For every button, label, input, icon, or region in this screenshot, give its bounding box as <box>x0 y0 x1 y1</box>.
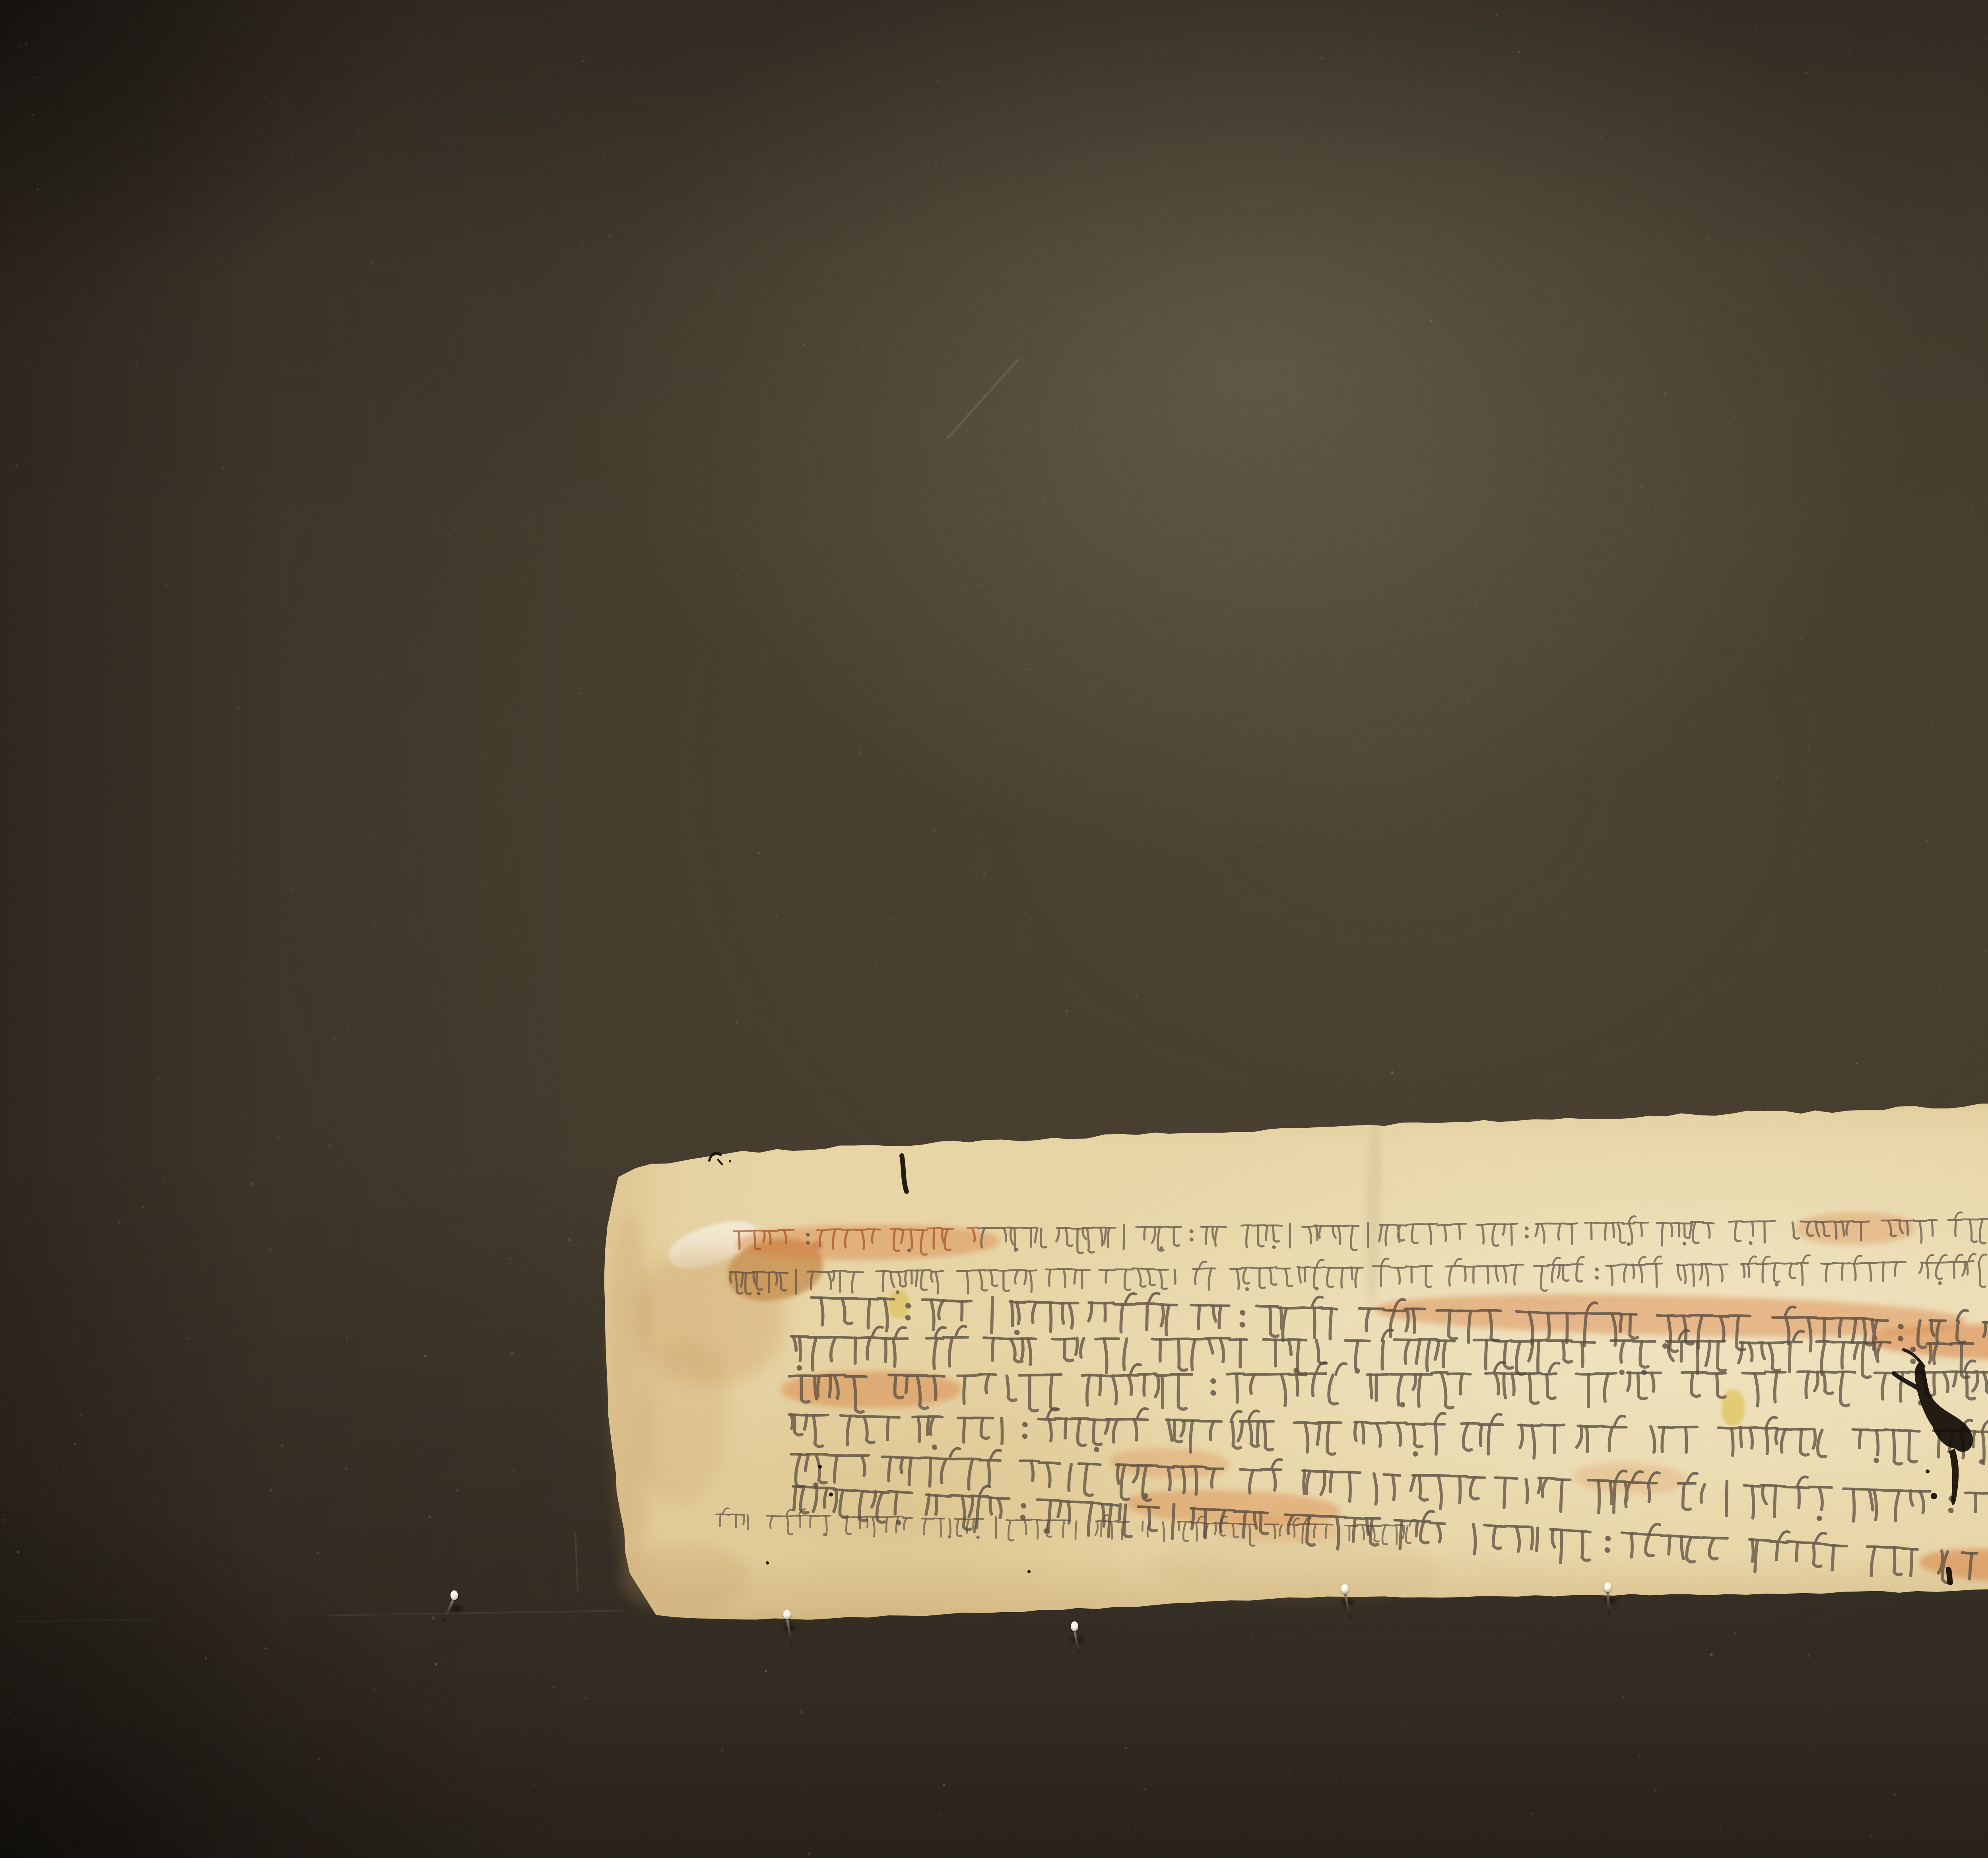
pin-head <box>1604 1582 1611 1592</box>
pin-shadow <box>1604 1598 1616 1603</box>
manuscript-footer-line <box>715 1507 1416 1549</box>
manuscript-body-line-4 <box>789 1403 1988 1471</box>
manuscript-body-line-1 <box>810 1286 1988 1367</box>
pin-head <box>1341 1584 1349 1594</box>
handwritten-script-layer <box>0 0 1988 1858</box>
manuscript-body-line-6 <box>791 1475 1988 1589</box>
photograph-scene: ওঁ ইহগাবইভাজি ॥৹॥ অনুষ্ঠ বিষয়গৃহ প্রবেশ… <box>0 0 1988 1858</box>
manuscript-body-line-3 <box>789 1359 1988 1413</box>
top-edge-stroke <box>902 1156 907 1191</box>
manuscript-header-line-1 <box>734 1208 1988 1256</box>
pin-head <box>1071 1621 1078 1631</box>
manuscript-header-line-2 <box>730 1250 1988 1298</box>
pin-head <box>783 1609 791 1619</box>
corner-curl-mark <box>709 1153 731 1164</box>
pin-head <box>450 1590 458 1600</box>
pin-shadow <box>451 1606 463 1611</box>
